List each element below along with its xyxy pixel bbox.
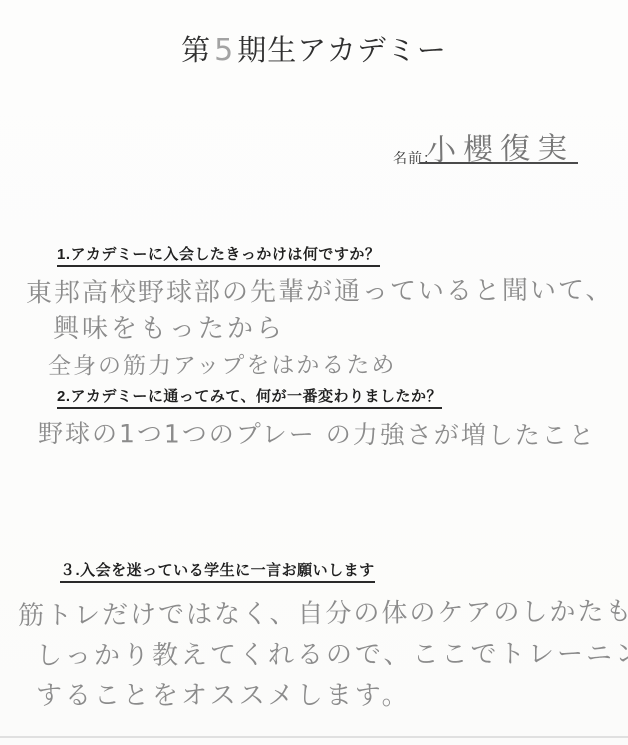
question-3-answer-line-2: しっかり教えてくれるので、ここでトレーニングを [36,633,628,672]
question-1-answer-line-3: 全身の筋力アップをはかるため [48,346,397,380]
scanned-questionnaire-page: 第5期生アカデミー 名前： 小櫻復実 1.アカデミーに入会したきっかけは何ですか… [0,0,628,745]
question-3-answer-line-1: 筋トレだけではなく、自分の体のケアのしかたも [18,591,628,632]
scan-artifact-bottom-edge [0,736,628,738]
title-term-number-handwritten: 5 [211,33,237,68]
question-1-answer-line-1: 東邦高校野球部の先輩が通っていると聞いて、 [26,269,614,309]
title-suffix: 期生アカデミー [237,35,447,67]
title-prefix: 第 [181,35,211,67]
question-3-answer-line-3: することをオススメします。 [36,675,411,712]
page-title: 第5期生アカデミー [0,28,628,69]
question-3-heading: ３.入会を迷っている学生に一言お願いします [60,559,375,583]
question-1-heading: 1.アカデミーに入会したきっかけは何ですか？ [57,243,380,267]
question-1-answer-line-2: 興味をもったから [53,308,285,345]
name-field-underline [420,162,578,164]
question-2-answer-line-1: 野球の1つ1つのプレー の力強さが増したこと [38,414,596,452]
question-2-heading: 2.アカデミーに通ってみて、何が一番変わりましたか？ [57,385,442,409]
